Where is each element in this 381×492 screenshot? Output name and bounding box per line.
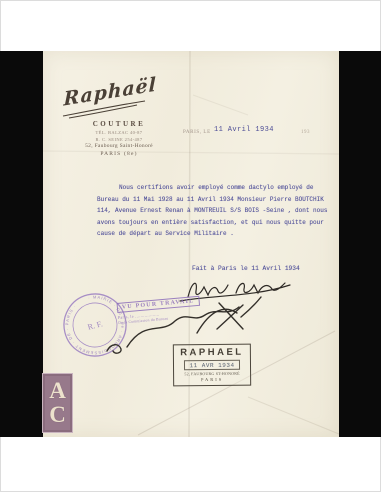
stamp-date: 11 AVR 1934 bbox=[184, 360, 240, 370]
brand-underline-flourish bbox=[59, 103, 149, 119]
letterhead-registry: R. C. SEINE 254-487 bbox=[71, 137, 167, 142]
body-line: Bureau du 11 Mai 1928 au 11 Avril 1934 M… bbox=[97, 196, 324, 203]
watermark-letter-c: C bbox=[49, 403, 66, 427]
watermark-letter-a: A bbox=[49, 379, 66, 403]
dateline-printed-prefix: PARIS, LE bbox=[183, 130, 211, 135]
letterhead-trade: COUTURE bbox=[71, 120, 167, 128]
document-photograph: Raphaël COUTURE TÉL. BALZAC 40-87 R. C. … bbox=[0, 51, 381, 437]
body-line: Nous certifions avoir employé comme dact… bbox=[119, 184, 313, 191]
letterhead-telephone: TÉL. BALZAC 40-87 bbox=[71, 130, 167, 135]
dateline-typed-date: 11 Avril 1934 bbox=[214, 126, 274, 134]
auction-photo-frame: Raphaël COUTURE TÉL. BALZAC 40-87 R. C. … bbox=[0, 0, 381, 492]
letterhead-address: 52, Faubourg Saint-Honoré bbox=[67, 143, 171, 149]
closing-date-line: Fait à Paris le 11 Avril 1934 bbox=[192, 265, 300, 272]
dateline-printed-year: 193 bbox=[301, 130, 310, 135]
stamp-address: 52, FAUBOURG ST-HONORÉ bbox=[174, 371, 250, 377]
body-line: avons toujours en entière satisfaction, … bbox=[97, 219, 324, 226]
body-line: cause de départ au Service Militaire . bbox=[97, 230, 234, 237]
raphael-box-stamp: RAPHAEL 11 AVR 1934 52, FAUBOURG ST-HONO… bbox=[173, 344, 251, 386]
stamp-company-name: RAPHAEL bbox=[174, 347, 250, 359]
body-line: 114, Avenue Ernest Renan à MONTREUIL S/S… bbox=[97, 207, 327, 214]
ac-monogram-watermark: A C bbox=[42, 373, 73, 433]
letter-paper: Raphaël COUTURE TÉL. BALZAC 40-87 R. C. … bbox=[43, 51, 339, 437]
stamp-city: PARIS bbox=[174, 376, 250, 382]
letterhead-city: PARIS (8e) bbox=[71, 151, 167, 157]
